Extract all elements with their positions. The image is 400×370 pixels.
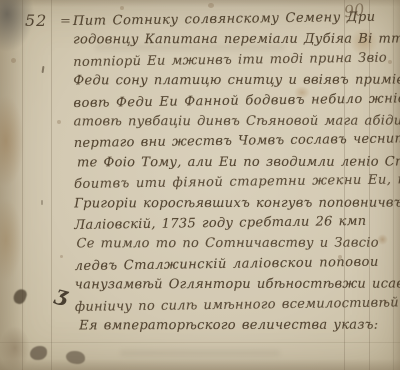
- margin-ink-tick: [41, 200, 43, 205]
- paper-fleck: [60, 255, 63, 258]
- water-stain: [0, 326, 30, 370]
- manuscript-text-block: Пит Сотнику солвянскому Семену Дри годов…: [73, 9, 353, 337]
- manuscript-line: ледвъ Сталжинскій лаліовскои поповои: [75, 253, 353, 277]
- paper-edge-stain-bottom: [0, 359, 400, 370]
- margin-ink-tick: [42, 66, 45, 73]
- ink-blot: [66, 351, 85, 364]
- manuscript-line: пертаго вни жествъ Чомвъ сославъ чесните…: [74, 130, 352, 154]
- entry-equals-mark: =: [60, 14, 71, 29]
- manuscript-line: боитвъ ити фіяной старетни жекни Еи, т: [74, 171, 352, 195]
- manuscript-line: Григоріи коросѣявшихъ конгувъ поповничвъ: [74, 193, 352, 214]
- manuscript-line: потпіорй Еи мжинвъ іти тоді прина Звіо: [73, 49, 351, 73]
- ink-bleed-through: [120, 350, 280, 356]
- manuscript-page: 52 = 90 ʒ Пит Сотнику солвянскому Семену…: [0, 0, 400, 370]
- water-stain: [0, 198, 22, 282]
- margin-rule-left-inner: [51, 0, 52, 370]
- manuscript-line: Пит Сотнику солвянскому Семену Дри: [73, 8, 351, 32]
- foxing-stain: [377, 234, 388, 245]
- paper-fleck: [57, 120, 61, 124]
- paper-fleck: [11, 58, 16, 63]
- manuscript-line: Феди сону платицю снитцу и ввіявъ приміе…: [73, 71, 351, 92]
- margin-rule-left-outer: [22, 0, 23, 370]
- manuscript-line: Се тимло то по Сотничавству и Завсіо: [76, 234, 352, 255]
- water-stain: [0, 95, 24, 187]
- manuscript-line: Ея вмператорѣского величества указъ:: [79, 316, 353, 337]
- paper-fleck: [208, 3, 214, 8]
- manuscript-line: финіичу по силѣ имѣнного всемилостивѣй: [75, 294, 353, 318]
- manuscript-line: годовнцу Капитана переміали Дубіяа Ві тт…: [73, 30, 351, 51]
- ink-blot: [30, 346, 47, 360]
- manuscript-line: вовѣ Феди Еи Фанной бодвивъ небило жніов…: [73, 90, 351, 114]
- paper-fleck: [120, 6, 124, 10]
- ink-flourish: ʒ: [53, 280, 71, 307]
- manuscript-line: те Фоіо Тому, али Еи по зводимли леніо С…: [77, 152, 352, 173]
- manuscript-line: чанузамвѣй Оглянтори ибѣностѣвжи исавъ: [75, 275, 353, 296]
- ruled-baseline-bottom: [0, 342, 400, 343]
- paper-edge-stain-top: [0, 0, 400, 7]
- paper-fleck: [388, 60, 392, 64]
- ink-blot: [12, 287, 28, 305]
- manuscript-line: атовѣ пувбаціи динвъ Сѣяновой мага абіди…: [74, 112, 352, 133]
- entry-number: 52: [25, 11, 47, 30]
